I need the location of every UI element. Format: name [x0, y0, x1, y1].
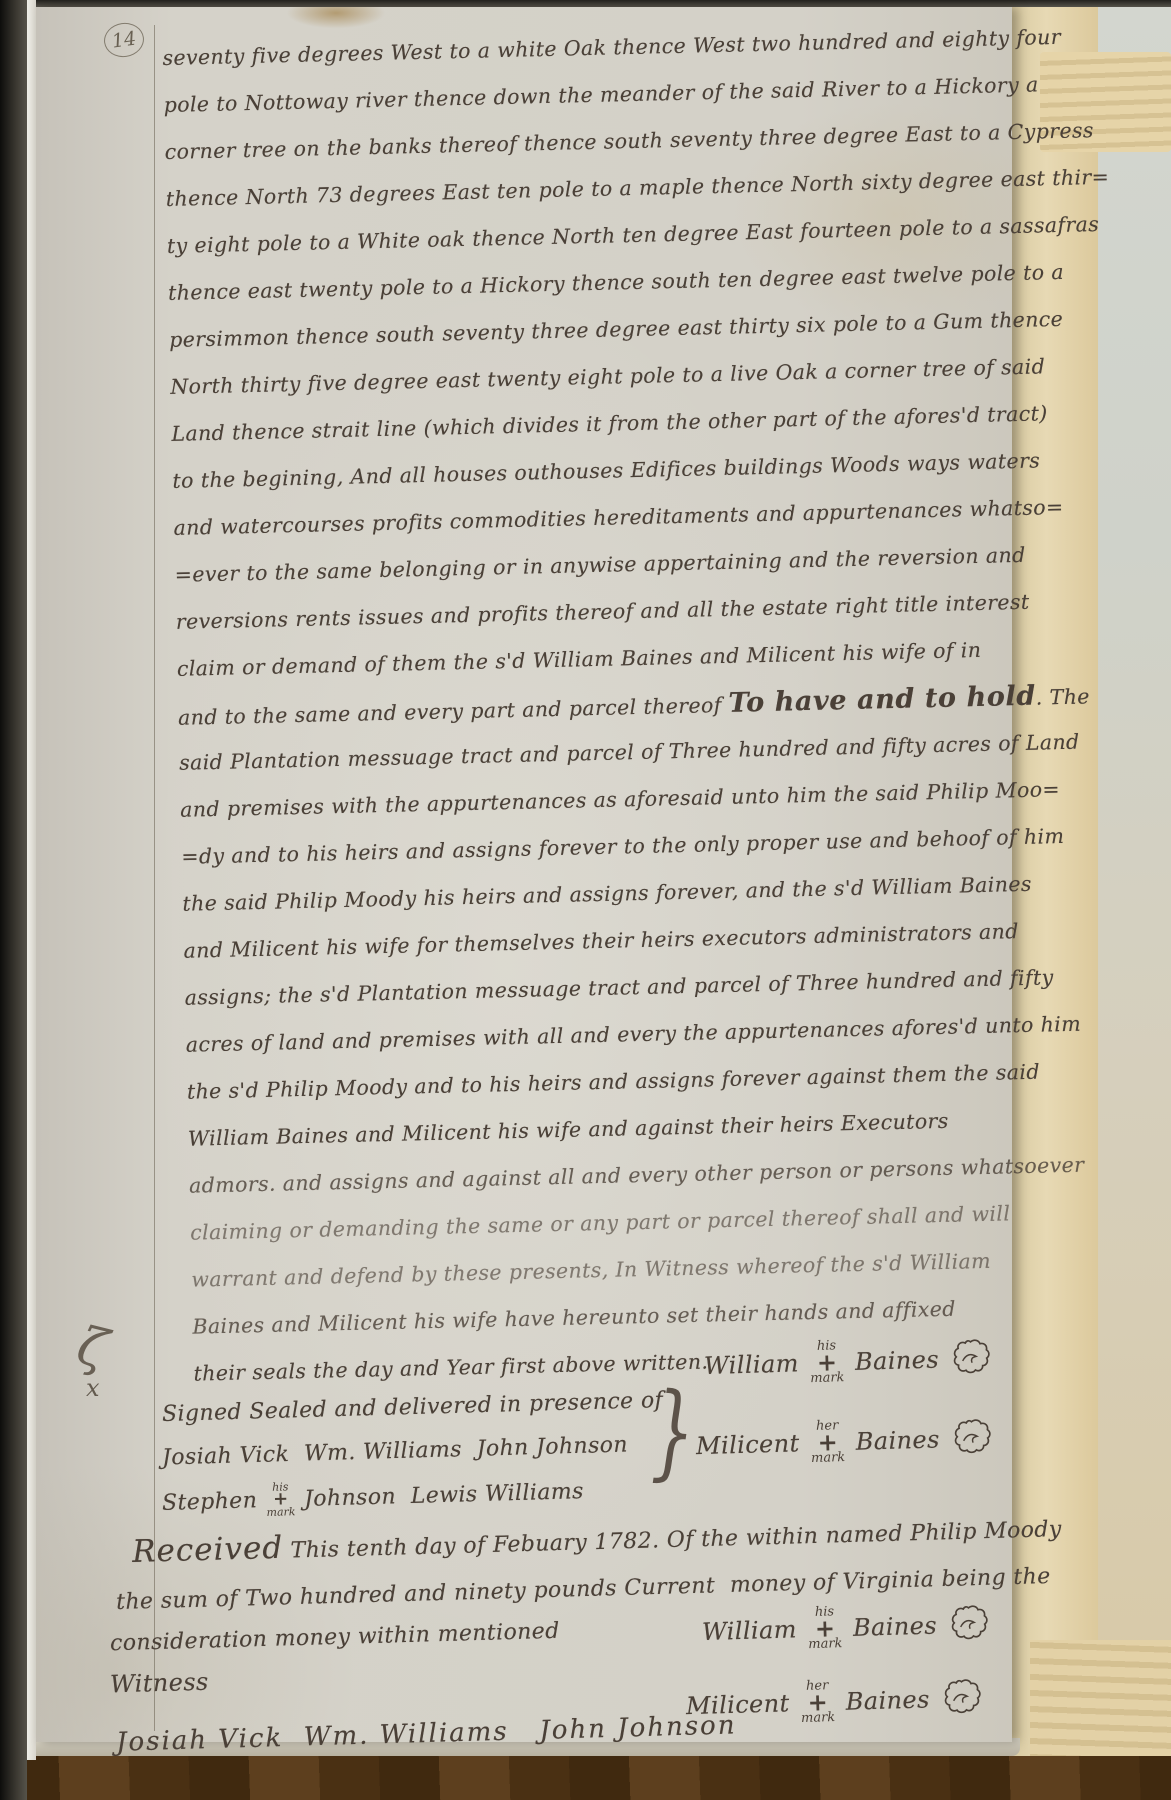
scan-background — [1098, 0, 1171, 1800]
page-left-edge — [27, 0, 36, 1760]
deed-body-text: seventy five degrees West to a white Oak… — [162, 15, 1022, 1397]
signature-first-name: Milicent — [696, 1429, 800, 1460]
signature-william-baines-receipt: William his + mark Baines — [701, 1601, 992, 1654]
his-mark: his + mark — [807, 1605, 842, 1651]
habendum-pre: and to the same and every part and parce… — [178, 693, 729, 730]
witness-label: Witness — [110, 1668, 209, 1699]
receipt-line-1-rest: This tenth day of Febuary 1782. Of the w… — [283, 1517, 1062, 1564]
scanned-deed-page: 14 seventy five degrees West to a white … — [0, 0, 1171, 1800]
mark-label-bottom: mark — [266, 1507, 295, 1519]
margin-x-mark: x — [86, 1374, 100, 1402]
witness-names-line: Josiah Vick Wm. Williams John Johnson — [162, 1432, 629, 1470]
manuscript-page: 14 seventy five degrees West to a white … — [36, 7, 1012, 1742]
scan-top-edge — [0, 0, 1171, 7]
his-mark: his + mark — [809, 1339, 844, 1385]
signature-first-name: William — [702, 1615, 798, 1646]
wax-seal-icon — [938, 1676, 985, 1719]
mark-label-bottom: mark — [801, 1711, 836, 1725]
signature-william-baines: William his + mark Baines — [703, 1335, 994, 1388]
mark-cross: + — [815, 1618, 836, 1638]
signature-last-name: Baines — [845, 1685, 930, 1715]
book-gutter-shadow — [0, 0, 27, 1800]
mark-cross: + — [817, 1352, 838, 1372]
margin-rule — [154, 25, 155, 1731]
cloth-texture-bottom — [1030, 1640, 1171, 1770]
witness-rest: Johnson Lewis Williams — [304, 1479, 584, 1512]
signature-milicent-baines: Milicent her + mark Baines — [695, 1415, 995, 1469]
signature-last-name: Baines — [855, 1425, 940, 1455]
her-mark: her + mark — [800, 1679, 835, 1725]
mark-label-bottom: mark — [811, 1451, 846, 1465]
table-surface — [0, 1756, 1171, 1800]
mark-cross: + — [807, 1692, 828, 1712]
signature-milicent-baines-receipt: Milicent her + mark Baines — [685, 1675, 985, 1729]
wax-seal-icon — [948, 1416, 995, 1459]
wax-seal-icon — [947, 1337, 994, 1380]
wax-seal-icon — [945, 1603, 992, 1646]
received-word: Received — [132, 1530, 284, 1570]
her-mark: her + mark — [810, 1419, 845, 1465]
witness-first-name: Stephen — [162, 1488, 258, 1516]
mark-label-bottom: mark — [808, 1637, 843, 1651]
signature-first-name: Milicent — [686, 1689, 790, 1720]
habendum-post: . The — [1035, 684, 1090, 709]
page-number: 14 — [102, 20, 146, 59]
mark-cross: + — [817, 1432, 838, 1452]
his-mark: his + mark — [266, 1481, 296, 1518]
signature-last-name: Baines — [855, 1345, 940, 1375]
habendum-emphasis: To have and to hold — [728, 681, 1036, 719]
witness-stephen-line: Stephen his + mark Johnson Lewis William… — [162, 1473, 585, 1521]
receipt-line-3: consideration money within mentioned — [110, 1619, 560, 1657]
signature-first-name: William — [704, 1349, 800, 1380]
mark-label-bottom: mark — [810, 1371, 845, 1385]
signature-last-name: Baines — [853, 1611, 938, 1641]
